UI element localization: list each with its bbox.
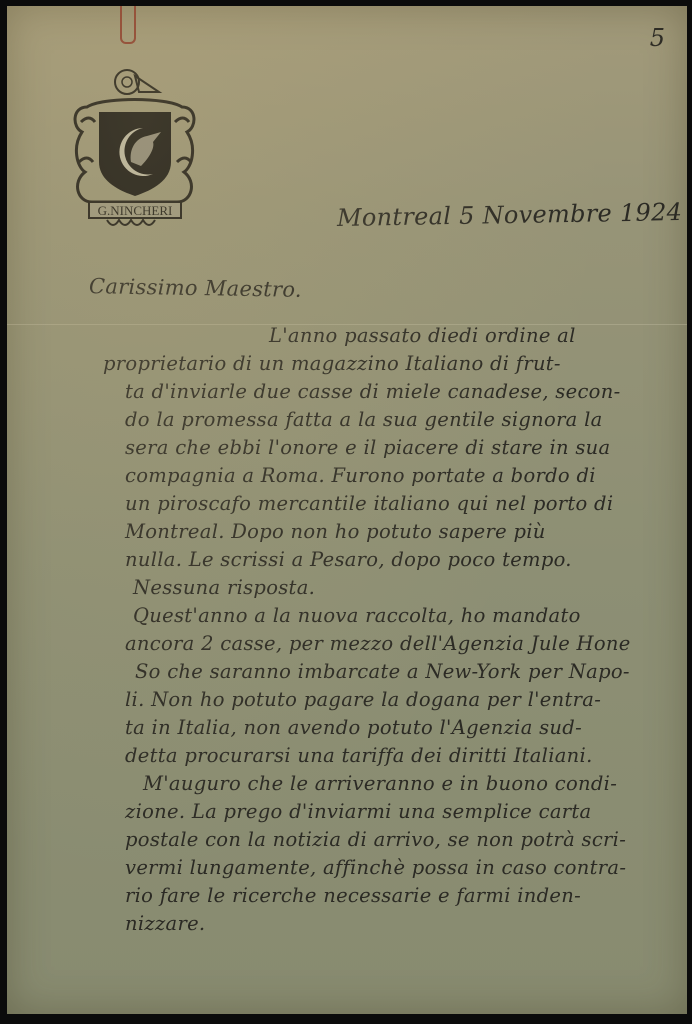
body-line: ancora 2 casse, per mezzo dell'Agenzia J… (125, 632, 631, 655)
body-line: postale con la notizia di arrivo, se non… (125, 828, 626, 851)
body-line: li. Non ho potuto pagare la dogana per l… (125, 688, 601, 711)
body-line: un piroscafo mercantile italiano qui nel… (125, 492, 613, 515)
body-line: do la promessa fatta a la sua gentile si… (125, 408, 603, 431)
body-line: compagnia a Roma. Furono portate a bordo… (125, 464, 596, 487)
paperclip-mark (120, 6, 136, 44)
crest-with-crescent-and-eagle-icon: G.NINCHERI (67, 62, 202, 230)
body-line: nizzare. (125, 912, 205, 935)
body-line: detta procurarsi una tariffa dei diritti… (125, 744, 593, 767)
body-line: vermi lungamente, affinchè possa in caso… (125, 856, 626, 879)
body-line: So che saranno imbarcate a New-York per … (135, 660, 630, 683)
body-line: M'auguro che le arriveranno e in buono c… (143, 772, 617, 795)
date-line: Montreal 5 Novembre 1924 (337, 198, 683, 232)
body-line: zione. La prego d'inviarmi una semplice … (125, 800, 591, 823)
salutation: Carissimo Maestro. (89, 274, 302, 302)
body-line: Quest'anno a la nuova raccolta, ho manda… (133, 604, 581, 627)
body-line: Nessuna risposta. (133, 576, 315, 599)
body-line: rio fare le ricerche necessarie e farmi … (125, 884, 581, 907)
body-line: ta d'inviarle due casse di miele canades… (125, 380, 620, 403)
body-line: ta in Italia, non avendo potuto l'Agenzi… (125, 716, 582, 739)
body-line: sera che ebbi l'onore e il piacere di st… (125, 436, 610, 459)
body-line: proprietario di un magazzino Italiano di… (103, 352, 561, 375)
letter-page: 5 G.NINCHERI Montreal 5 Novembre 1924 Ca… (7, 6, 687, 1014)
body-line: Montreal. Dopo non ho potuto sapere più (125, 520, 546, 543)
page-number: 5 (650, 24, 665, 52)
body-line: L'anno passato diedi ordine al (269, 324, 576, 347)
body-line: nulla. Le scrissi a Pesaro, dopo poco te… (125, 548, 572, 571)
letterhead-name: G.NINCHERI (98, 203, 173, 218)
